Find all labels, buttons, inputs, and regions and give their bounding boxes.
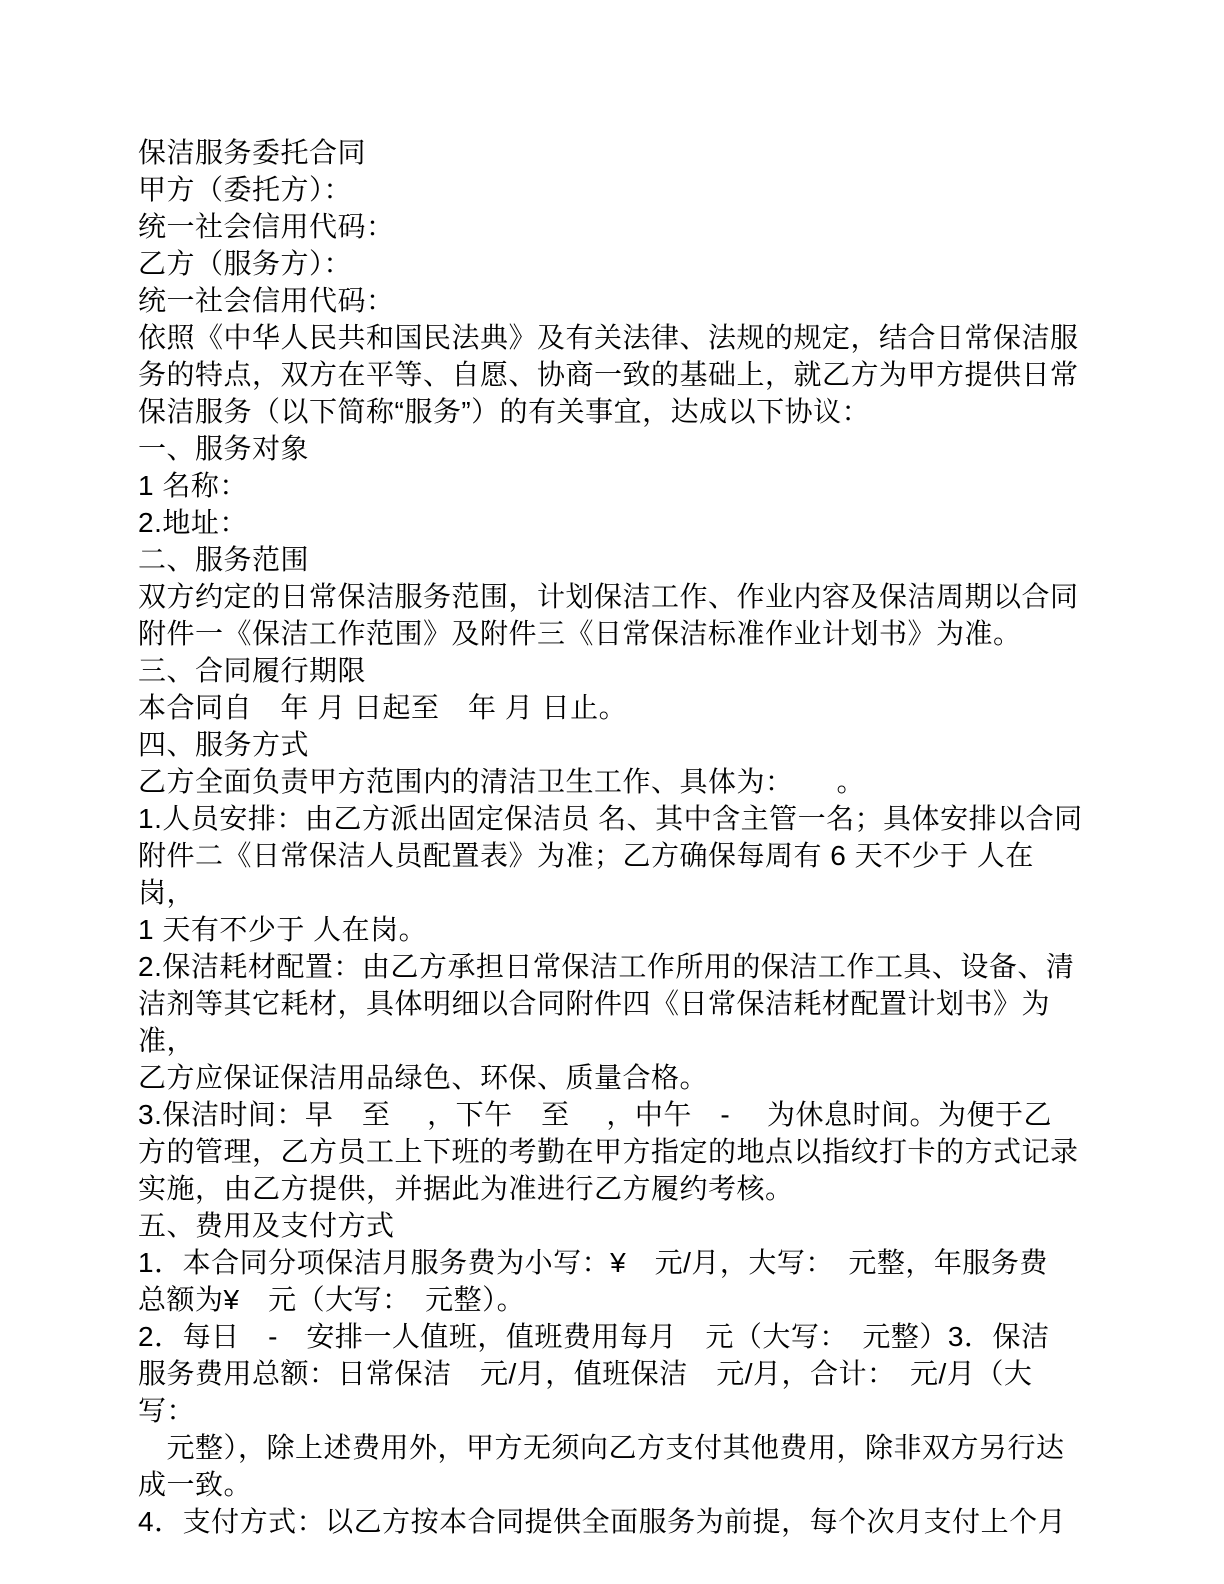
contract-text-line: 乙方全面负责甲方范围内的清洁卫生工作、具体为： 。 [138, 763, 1088, 800]
contract-text-line: 一、服务对象 [138, 430, 1088, 467]
contract-text-line: 1 天有不少于 人在岗。 [138, 911, 1088, 948]
contract-text-line: 2.保洁耗材配置：由乙方承担日常保洁工作所用的保洁工作工具、设备、清 [138, 948, 1088, 985]
contract-text-line: 乙方应保证保洁用品绿色、环保、质量合格。 [138, 1059, 1088, 1096]
document-page: 保洁服务委托合同甲方（委托方）：统一社会信用代码：乙方（服务方）：统一社会信用代… [0, 0, 1224, 1584]
contract-text-line: 统一社会信用代码： [138, 208, 1088, 245]
contract-text-line: 本合同自 年 月 日起至 年 月 日止。 [138, 689, 1088, 726]
contract-text-line: 2．每日 - 安排一人值班，值班费用每月 元（大写： 元整）3．保洁 [138, 1318, 1088, 1355]
contract-text-line: 1 名称： [138, 467, 1088, 504]
contract-text-line: 洁剂等其它耗材，具体明细以合同附件四《日常保洁耗材配置计划书》为准， [138, 985, 1088, 1059]
contract-text-line: 依照《中华人民共和国民法典》及有关法律、法规的规定，结合日常保洁服 [138, 319, 1088, 356]
contract-text-line: 五、费用及支付方式 [138, 1207, 1088, 1244]
contract-text-line: 四、服务方式 [138, 726, 1088, 763]
contract-text-line: 成一致。 [138, 1466, 1088, 1503]
contract-text-line: 1.人员安排：由乙方派出固定保洁员 名、其中含主管一名；具体安排以合同 [138, 800, 1088, 837]
contract-text-line: 保洁服务（以下简称“服务”）的有关事宜，达成以下协议： [138, 393, 1088, 430]
contract-text-line: 附件一《保洁工作范围》及附件三《日常保洁标准作业计划书》为准。 [138, 615, 1088, 652]
contract-text-line: 实施，由乙方提供，并据此为准进行乙方履约考核。 [138, 1170, 1088, 1207]
contract-text-line: 务的特点，双方在平等、自愿、协商一致的基础上，就乙方为甲方提供日常 [138, 356, 1088, 393]
contract-text-line: 乙方（服务方）： [138, 245, 1088, 282]
contract-text-line: 统一社会信用代码： [138, 282, 1088, 319]
contract-text-line: 双方约定的日常保洁服务范围，计划保洁工作、作业内容及保洁周期以合同 [138, 578, 1088, 615]
contract-text-line: 4．支付方式：以乙方按本合同提供全面服务为前提，每个次月支付上个月 [138, 1503, 1088, 1540]
contract-text-line: 3.保洁时间：早 至 ，下午 至 ，中午 - 为休息时间。为便于乙 [138, 1096, 1088, 1133]
contract-text-line: 三、合同履行期限 [138, 652, 1088, 689]
contract-text-line: 甲方（委托方）： [138, 171, 1088, 208]
document-title-line: 保洁服务委托合同 [138, 134, 1088, 171]
contract-text-line: 总额为¥ 元（大写： 元整）。 [138, 1281, 1088, 1318]
contract-text-line: 二、服务范围 [138, 541, 1088, 578]
contract-text-line: 方的管理，乙方员工上下班的考勤在甲方指定的地点以指纹打卡的方式记录 [138, 1133, 1088, 1170]
contract-text-line: 元整），除上述费用外，甲方无须向乙方支付其他费用，除非双方另行达 [138, 1429, 1088, 1466]
contract-document: 保洁服务委托合同甲方（委托方）：统一社会信用代码：乙方（服务方）：统一社会信用代… [138, 134, 1088, 1540]
contract-text-line: 服务费用总额：日常保洁 元/月，值班保洁 元/月，合计： 元/月（大写： [138, 1355, 1088, 1429]
contract-text-line: 附件二《日常保洁人员配置表》为准；乙方确保每周有 6 天不少于 人在岗， [138, 837, 1088, 911]
contract-text-line: 1．本合同分项保洁月服务费为小写：¥ 元/月，大写： 元整，年服务费 [138, 1244, 1088, 1281]
contract-text-line: 2.地址： [138, 504, 1088, 541]
